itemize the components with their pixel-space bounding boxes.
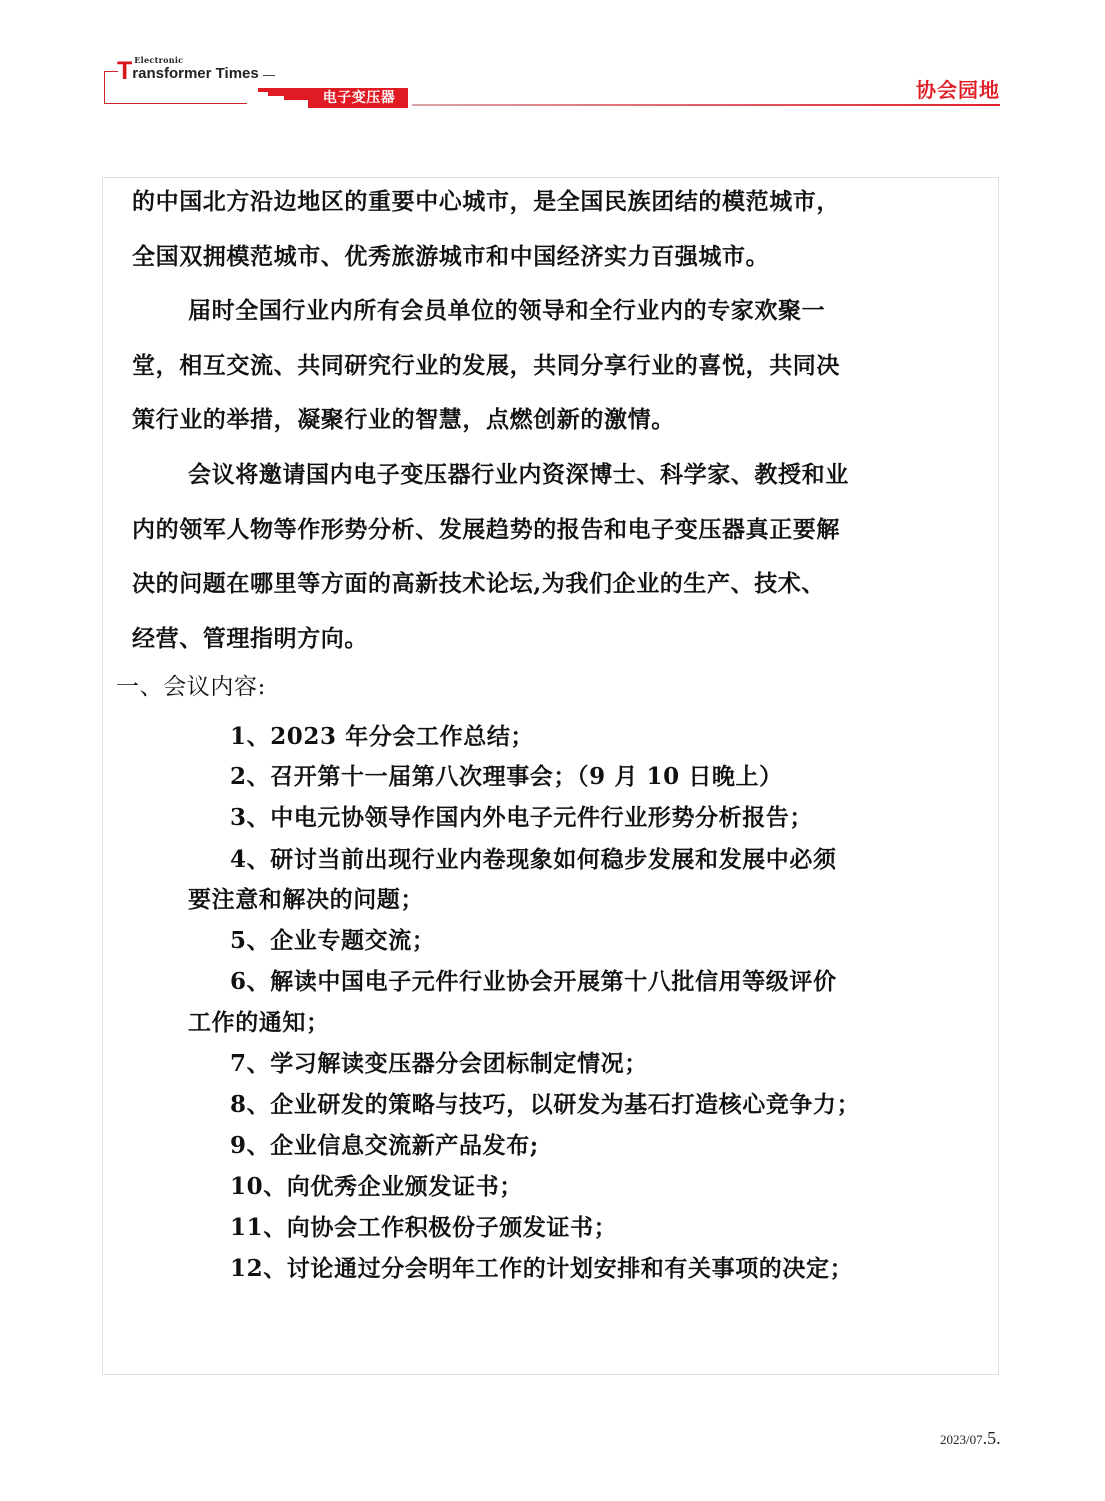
header-left-bracket-top bbox=[104, 71, 118, 72]
paragraph-line: 全国双拥模范城市、优秀旅游城市和中国经济实力百强城市。 bbox=[132, 242, 769, 272]
agenda-item: 10、向优秀企业颁发证书； bbox=[230, 1172, 523, 1202]
logo-wordmark: Electronic ransformer Times bbox=[132, 65, 258, 83]
logo-chinese-badge: 电子变压器 bbox=[312, 89, 406, 108]
header-rule bbox=[412, 104, 1000, 106]
agenda-item: 2、召开第十一届第八次理事会；（9 月 10 日晚上） bbox=[230, 762, 783, 792]
header-left-bracket-bottom bbox=[104, 103, 247, 104]
agenda-item: 5、企业专题交流； bbox=[230, 926, 435, 956]
paragraph-line: 的中国北方沿边地区的重要中心城市，是全国民族团结的模范城市， bbox=[132, 187, 840, 217]
paragraph-line: 经营、管理指明方向。 bbox=[132, 624, 368, 654]
page-footer: 2023/07.5. bbox=[940, 1428, 1001, 1449]
agenda-item: 4、研讨当前出现行业内卷现象如何稳步发展和发展中必须 bbox=[230, 845, 837, 875]
page-number: .5. bbox=[983, 1428, 1001, 1448]
agenda-item: 11、向协会工作积极份子颁发证书； bbox=[230, 1213, 617, 1243]
paragraph-line: 策行业的举措，凝聚行业的智慧，点燃创新的激情。 bbox=[132, 405, 675, 435]
logo-initial-letter: T bbox=[117, 59, 132, 83]
logo-name: ransformer Times bbox=[132, 65, 258, 82]
logo-trailing-dash bbox=[263, 75, 275, 76]
paragraph-line: 届时全国行业内所有会员单位的领导和全行业内的专家欢聚一 bbox=[188, 296, 825, 326]
agenda-item: 6、解读中国电子元件行业协会开展第十八批信用等级评价 bbox=[230, 967, 837, 997]
section-title: 协会园地 bbox=[916, 78, 1000, 102]
paragraph-line: 内的领军人物等作形势分析、发展趋势的报告和电子变压器真正要解 bbox=[132, 515, 840, 545]
agenda-item: 1、2023 年分会工作总结； bbox=[230, 722, 534, 752]
issue-date: 2023/07 bbox=[940, 1432, 983, 1447]
paragraph-line: 会议将邀请国内电子变压器行业内资深博士、科学家、教授和业 bbox=[188, 460, 849, 490]
agenda-item-continuation: 要注意和解决的问题； bbox=[188, 885, 424, 915]
agenda-item: 8、企业研发的策略与技巧，以研发为基石打造核心竞争力； bbox=[230, 1090, 860, 1120]
agenda-item: 9、企业信息交流新产品发布; bbox=[230, 1131, 539, 1161]
paragraph-line: 堂，相互交流、共同研究行业的发展，共同分享行业的喜悦，共同决 bbox=[132, 351, 840, 381]
section-heading: 一、会议内容: bbox=[116, 672, 266, 702]
agenda-item: 12、讨论通过分会明年工作的计划安排和有关事项的决定； bbox=[230, 1254, 853, 1284]
paragraph-line: 决的问题在哪里等方面的高新技术论坛,为我们企业的生产、技术、 bbox=[132, 569, 825, 599]
logo-superscript: Electronic bbox=[134, 55, 183, 65]
agenda-item: 3、中电元协领导作国内外电子元件行业形势分析报告； bbox=[230, 803, 813, 833]
agenda-item-continuation: 工作的通知； bbox=[188, 1008, 330, 1038]
magazine-logo: T Electronic ransformer Times bbox=[117, 55, 275, 83]
agenda-item: 7、学习解读变压器分会团标制定情况； bbox=[230, 1049, 648, 1079]
header-left-bracket-vertical bbox=[104, 71, 105, 103]
